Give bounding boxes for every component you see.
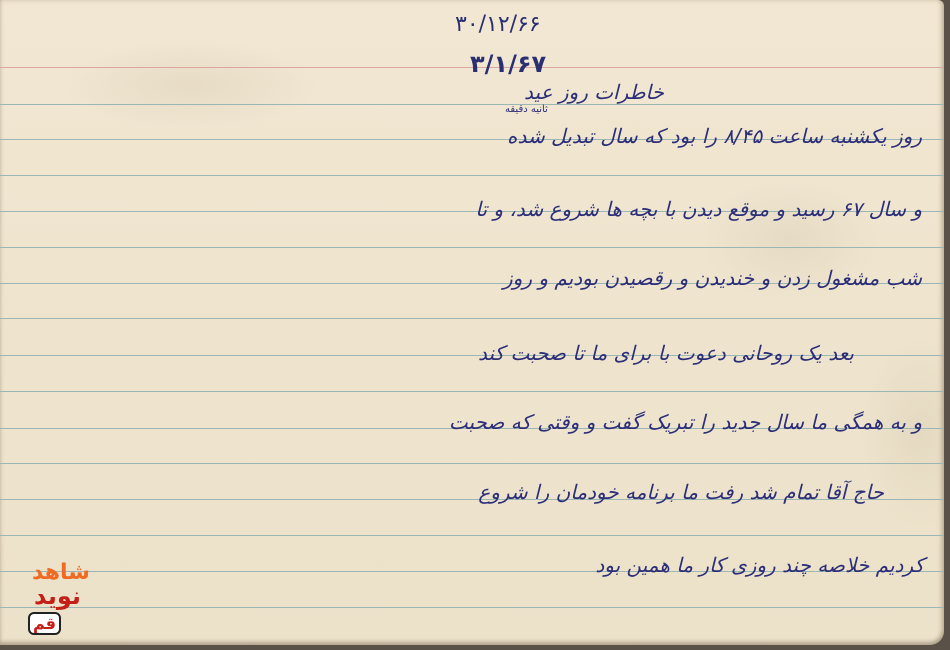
notebook-page: ۳۰/۱۲/۶۶ ۳/۱/۶۷ خاطرات روز عید ثانیه دقی… xyxy=(0,0,944,645)
diary-title: خاطرات روز عید xyxy=(524,80,664,104)
ruled-line xyxy=(0,535,944,536)
ruled-line xyxy=(0,463,944,464)
diary-line-3: شب مشغول زدن و خندیدن و رقصیدن بودیم و ر… xyxy=(503,266,922,290)
ruled-line xyxy=(0,247,944,248)
watermark-line-2: نوید xyxy=(34,582,81,610)
date-line-2: ۳/۱/۶۷ xyxy=(470,50,546,78)
diary-line-2: و سال ۶۷ رسید و موقع دیدن با بچه ها شروع… xyxy=(475,197,922,221)
paper-stain xyxy=(60,40,320,130)
diary-line-6: حاج آقا تمام شد رفت ما برنامه خودمان را … xyxy=(478,480,884,504)
ruled-line xyxy=(0,104,944,105)
superscript-note: ثانیه دقیقه xyxy=(505,104,548,115)
diary-line-4: بعد یک روحانی دعوت با برای ما تا صحبت کن… xyxy=(478,341,854,365)
ruled-line xyxy=(0,175,944,176)
watermark-city: قم xyxy=(28,612,61,635)
ruled-line xyxy=(0,391,944,392)
watermark-logo: شاهد نوید قم xyxy=(28,560,118,645)
date-line-1: ۳۰/۱۲/۶۶ xyxy=(455,12,541,37)
diary-line-7: کردیم خلاصه چند روزی کار ما همین بود xyxy=(595,553,924,577)
ruled-line xyxy=(0,318,944,319)
diary-line-5: و به همگی ما سال جدید را تبریک گفت و وقت… xyxy=(449,410,922,434)
ruled-line xyxy=(0,607,944,608)
diary-line-1: روز یکشنبه ساعت ۸/۴۵ را بود که سال تبدیل… xyxy=(507,124,922,148)
